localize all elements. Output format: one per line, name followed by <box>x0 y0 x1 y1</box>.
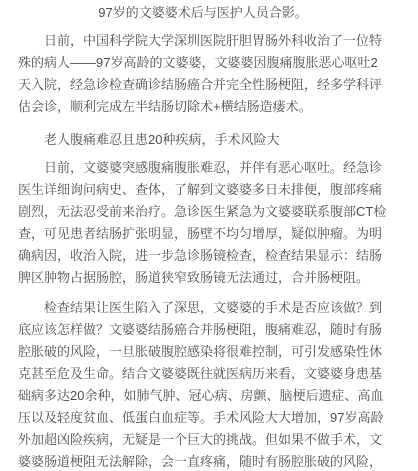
paragraph-risk-assessment: 检查结果让医生陷入了深思，文婆婆的手术是否应该做？到底应该怎样做？文婆婆结肠癌合… <box>18 297 388 471</box>
section-subheading: 老人腹痛难忍且患20种疾病，手术风险大 <box>18 129 388 151</box>
figure-caption: 97岁的文婆婆术后与医护人员合影。 <box>18 2 388 24</box>
paragraph-intro: 日前，中国科学院大学深圳医院肝胆胃肠外科收治了一位特殊的病人——97岁高龄的文婆… <box>18 30 388 118</box>
paragraph-diagnosis: 日前，文婆婆突感腹痛腹胀难忍，并伴有恶心呕吐。经急诊医生详细询问病史、查体，了解… <box>18 157 388 289</box>
article-page: 97岁的文婆婆术后与医护人员合影。 日前，中国科学院大学深圳医院肝胆胃肠外科收治… <box>0 0 418 471</box>
